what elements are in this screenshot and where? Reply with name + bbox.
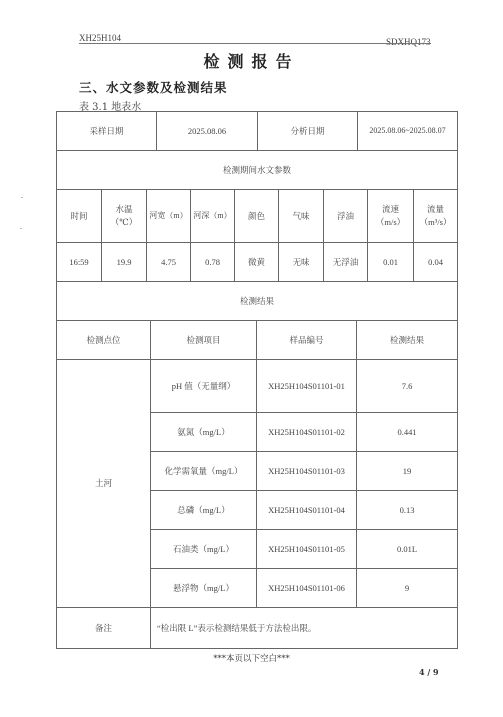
hydro-header-river-width: 河宽（m）	[146, 189, 191, 243]
result-value: 9	[356, 568, 458, 608]
hydro-header-time: 时间	[56, 189, 102, 243]
hydro-header-water-temp: 水温（℃）	[101, 189, 147, 243]
result-value: 0.13	[356, 490, 458, 530]
result-sample-id: XH25H104S01101-06	[256, 568, 357, 608]
report-code-left: XH25H104	[79, 33, 121, 43]
hydro-value-flow-rate: 0.04	[413, 242, 458, 282]
result-value: 0.441	[356, 412, 458, 452]
blank-page-note: ***本页以下空白***	[0, 652, 503, 664]
report-code-right: SDXHQ173	[386, 37, 431, 47]
hydro-header-color: 颜色	[234, 189, 279, 243]
hydro-value-flow-velocity: 0.01	[367, 242, 414, 282]
hydro-value-oil-film: 无浮油	[323, 242, 368, 282]
result-value: 0.01L	[356, 529, 458, 569]
results-site: 土河	[56, 359, 151, 608]
result-sample-id: XH25H104S01101-04	[256, 490, 357, 530]
results-header-sample-id: 样品编号	[256, 320, 357, 360]
hydro-value-river-depth: 0.78	[190, 242, 235, 282]
result-item: 总磷（mg/L）	[150, 490, 257, 530]
notes-text: “检出限 L”表示检测结果低于方法检出限。	[150, 607, 458, 649]
result-sample-id: XH25H104S01101-05	[256, 529, 357, 569]
hydro-section-title: 检测期间水文参数	[56, 150, 458, 190]
result-value: 19	[356, 451, 458, 491]
analysis-date-label: 分析日期	[257, 111, 358, 151]
header-divider	[79, 43, 431, 44]
analysis-date-value: 2025.08.06~2025.08.07	[357, 111, 458, 151]
results-header-item: 检测项目	[150, 320, 257, 360]
result-sample-id: XH25H104S01101-02	[256, 412, 357, 452]
hydro-value-time: 16:59	[56, 242, 102, 282]
hydro-value-river-width: 4.75	[146, 242, 191, 282]
result-sample-id: XH25H104S01101-03	[256, 451, 357, 491]
page-title: 检测报告	[0, 49, 503, 72]
scan-mark	[20, 228, 22, 229]
hydro-header-oil-film: 浮油	[323, 189, 368, 243]
result-item: 化学需氧量（mg/L）	[150, 451, 257, 491]
hydro-value-odor: 无味	[278, 242, 324, 282]
result-sample-id: XH25H104S01101-01	[256, 359, 357, 413]
result-item: pH 值（无量纲）	[150, 359, 257, 413]
hydro-header-river-depth: 河深（m）	[190, 189, 235, 243]
results-header-site: 检测点位	[56, 320, 151, 360]
hydro-header-flow-velocity: 流速（m/s）	[367, 189, 414, 243]
hydro-value-color: 微黄	[234, 242, 279, 282]
hydro-header-odor: 气味	[278, 189, 324, 243]
result-item: 氨氮（mg/L）	[150, 412, 257, 452]
hydro-value-water-temp: 19.9	[101, 242, 147, 282]
scan-mark	[21, 197, 23, 198]
sampling-date-value: 2025.08.06	[156, 111, 258, 151]
hydro-header-flow-rate: 流量（m³/s）	[413, 189, 458, 243]
results-header-result: 检测结果	[356, 320, 458, 360]
result-value: 7.6	[356, 359, 458, 413]
page-number: 4 / 9	[419, 667, 439, 677]
sampling-date-label: 采样日期	[56, 111, 157, 151]
section-title: 三、水文参数及检测结果	[79, 78, 228, 96]
notes-label: 备注	[56, 607, 151, 649]
result-item: 石油类（mg/L）	[150, 529, 257, 569]
result-item: 悬浮物（mg/L）	[150, 568, 257, 608]
results-section-title: 检测结果	[56, 281, 458, 321]
